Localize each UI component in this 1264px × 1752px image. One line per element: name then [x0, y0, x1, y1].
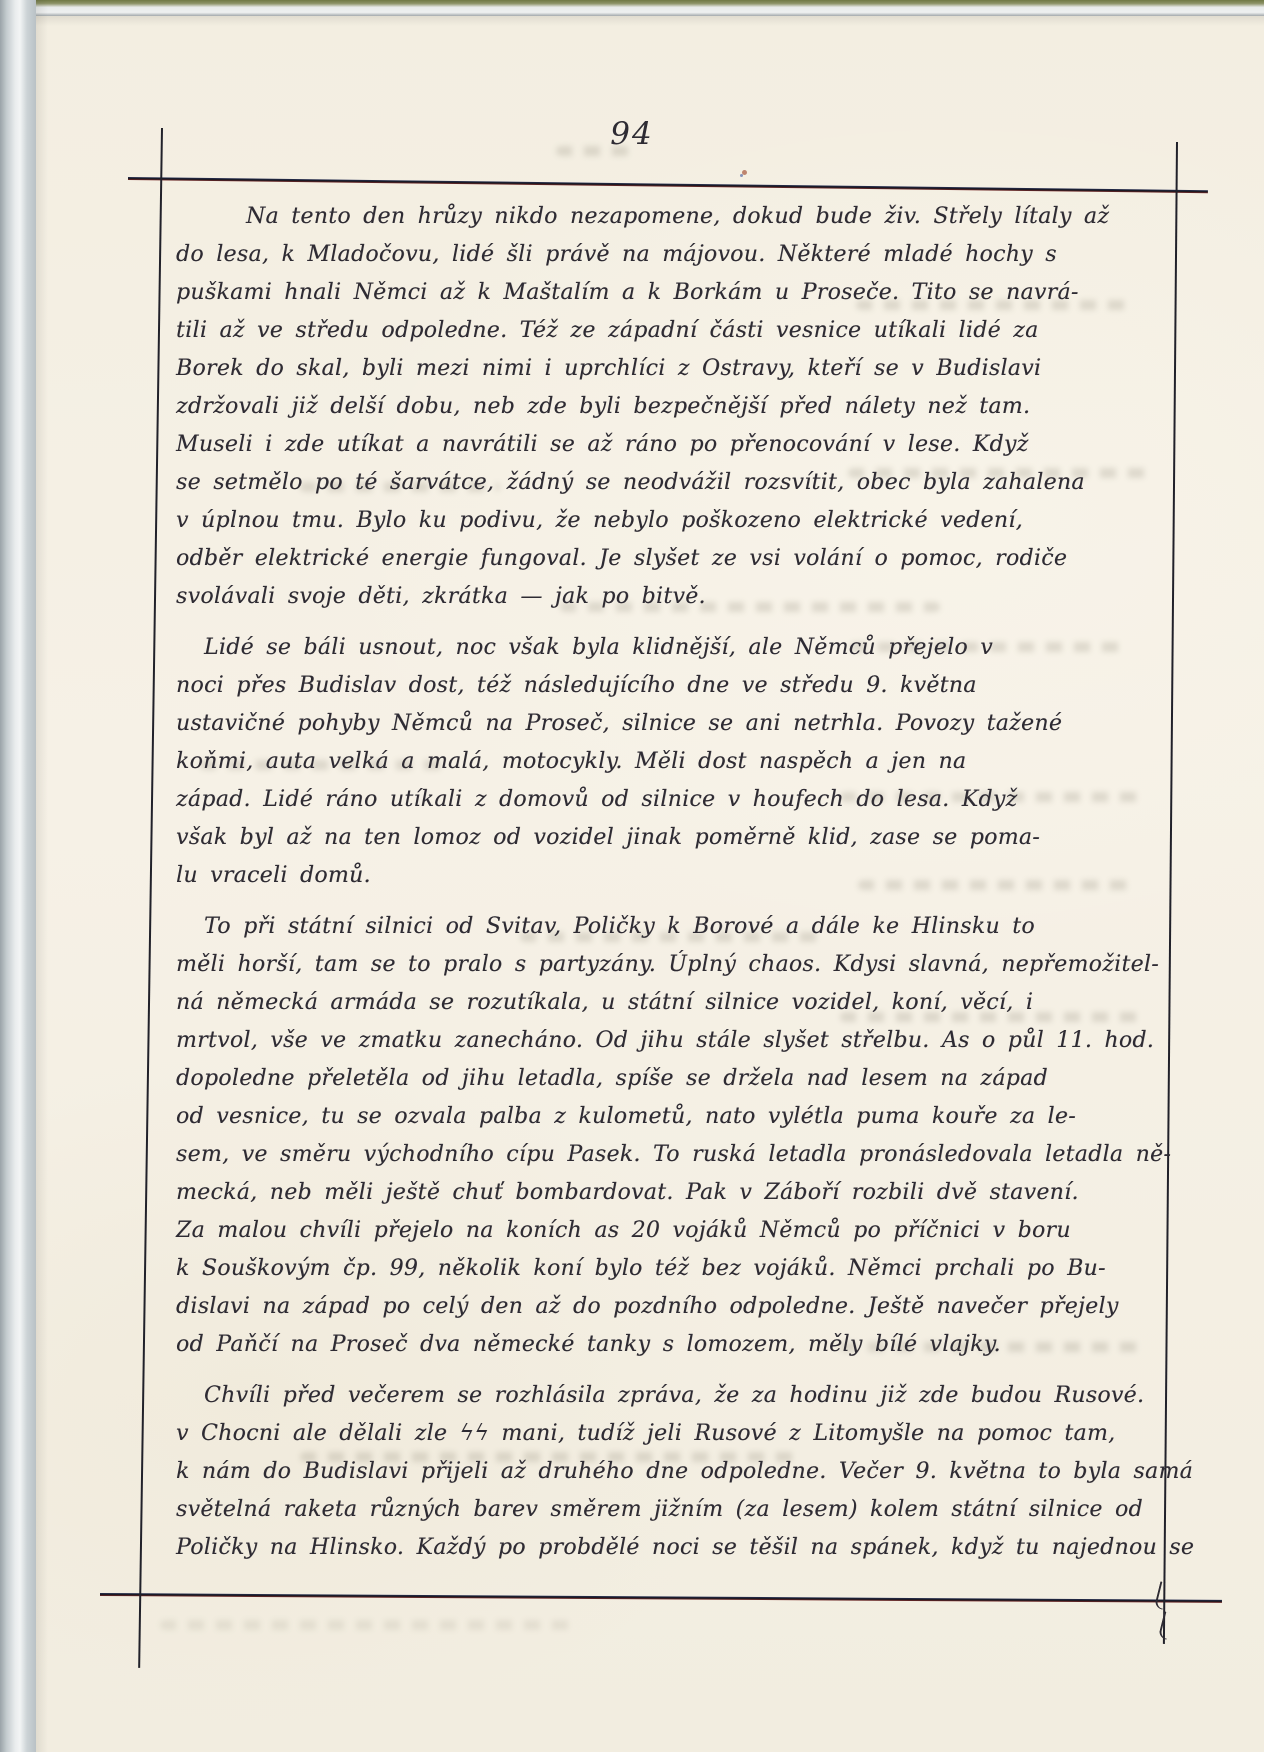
handwritten-line: svolávali svoje děti, zkrátka — jak po b…	[176, 578, 1176, 616]
paragraph: Na tento den hrůzy nikdo nezapomene, dok…	[176, 198, 1176, 616]
paragraph: Chvíli před večerem se rozhlásila zpráva…	[176, 1377, 1176, 1567]
handwritten-line: ustavičné pohyby Němců na Proseč, silnic…	[176, 705, 1176, 743]
handwritten-line: mrtvol, vše ve zmatku zanecháno. Od jihu…	[176, 1022, 1176, 1060]
handwritten-line: měli horší, tam se to pralo s partyzány.…	[176, 946, 1176, 984]
handwritten-line: zdržovali již delší dobu, neb zde byli b…	[176, 388, 1176, 426]
handwritten-line: mecká, neb měli ještě chuť bombardovat. …	[176, 1174, 1176, 1212]
paragraph: To při státní silnici od Svitav, Poličky…	[176, 908, 1176, 1364]
handwritten-line: západ. Lidé ráno utíkali z domovů od sil…	[176, 781, 1176, 819]
scanner-edge-top	[0, 0, 1264, 16]
page-edge-shadow	[36, 0, 48, 1752]
scanner-edge-left	[0, 0, 36, 1752]
handwritten-line: k nám do Budislavi přijeli až druhého dn…	[176, 1453, 1176, 1491]
ink-speck	[742, 170, 747, 175]
handwritten-line: v Chocni ale dělali zle ϟϟ mani, tudíž j…	[176, 1415, 1176, 1453]
handwritten-line: k Souškovým čp. 99, několik koní bylo té…	[176, 1250, 1176, 1288]
page-number: 94	[0, 116, 1264, 152]
bleedthrough-ghost	[160, 1620, 580, 1630]
handwritten-line: v úplnou tmu. Bylo ku podivu, že nebylo …	[176, 502, 1176, 540]
handwritten-line: Museli i zde utíkat a navrátili se až rá…	[176, 426, 1176, 464]
handwritten-line: do lesa, k Mladočovu, lidé šli právě na …	[176, 236, 1176, 274]
ink-squiggle	[1154, 1581, 1169, 1609]
handwritten-line: To při státní silnici od Svitav, Poličky…	[176, 908, 1176, 946]
handwritten-text-block: Na tento den hrůzy nikdo nezapomene, dok…	[176, 198, 1176, 1567]
handwritten-line: Borek do skal, byli mezi nimi i uprchlíc…	[176, 350, 1176, 388]
handwritten-line: Na tento den hrůzy nikdo nezapomene, dok…	[176, 198, 1176, 236]
handwritten-line: noci přes Budislav dost, též následující…	[176, 667, 1176, 705]
handwritten-line: dopoledne přeletěla od jihu letadla, spí…	[176, 1060, 1176, 1098]
handwritten-line: sem, ve směru východního cípu Pasek. To …	[176, 1136, 1176, 1174]
handwritten-line: však byl až na ten lomoz od vozidel jina…	[176, 819, 1176, 857]
handwritten-line: koňmi, auta velká a malá, motocykly. Měl…	[176, 743, 1176, 781]
handwritten-line: lu vraceli domů.	[176, 857, 1176, 895]
top-rule-line	[128, 177, 1208, 193]
page-edge-shadow	[36, 16, 1264, 26]
handwritten-line: Za malou chvíli přejelo na koních as 20 …	[176, 1212, 1176, 1250]
left-margin-line	[138, 128, 163, 1668]
handwritten-line: světelná raketa různých barev směrem již…	[176, 1491, 1176, 1529]
handwritten-line: Chvíli před večerem se rozhlásila zpráva…	[176, 1377, 1176, 1415]
handwritten-line: ná německá armáda se rozutíkala, u státn…	[176, 984, 1176, 1022]
handwritten-line: Lidé se báli usnout, noc však byla klidn…	[176, 629, 1176, 667]
scanned-page: 94 Na tento den hrůzy nikdo nezapomene, …	[0, 0, 1264, 1752]
handwritten-line: puškami hnali Němci až k Maštalím a k Bo…	[176, 274, 1176, 312]
handwritten-line: dislavi na západ po celý den až do pozdn…	[176, 1288, 1176, 1326]
handwritten-line: od vesnice, tu se ozvala palba z kulomet…	[176, 1098, 1176, 1136]
handwritten-line: Poličky na Hlinsko. Každý po probdělé no…	[176, 1529, 1176, 1567]
bottom-rule-line	[100, 1593, 1222, 1603]
handwritten-line: se setmělo po té šarvátce, žádný se neod…	[176, 464, 1176, 502]
handwritten-line: odběr elektrické energie fungoval. Je sl…	[176, 540, 1176, 578]
ink-squiggle	[1158, 1611, 1173, 1639]
handwritten-line: tili až ve středu odpoledne. Též ze zápa…	[176, 312, 1176, 350]
paragraph: Lidé se báli usnout, noc však byla klidn…	[176, 629, 1176, 895]
handwritten-line: od Paňčí na Proseč dva německé tanky s l…	[176, 1326, 1176, 1364]
